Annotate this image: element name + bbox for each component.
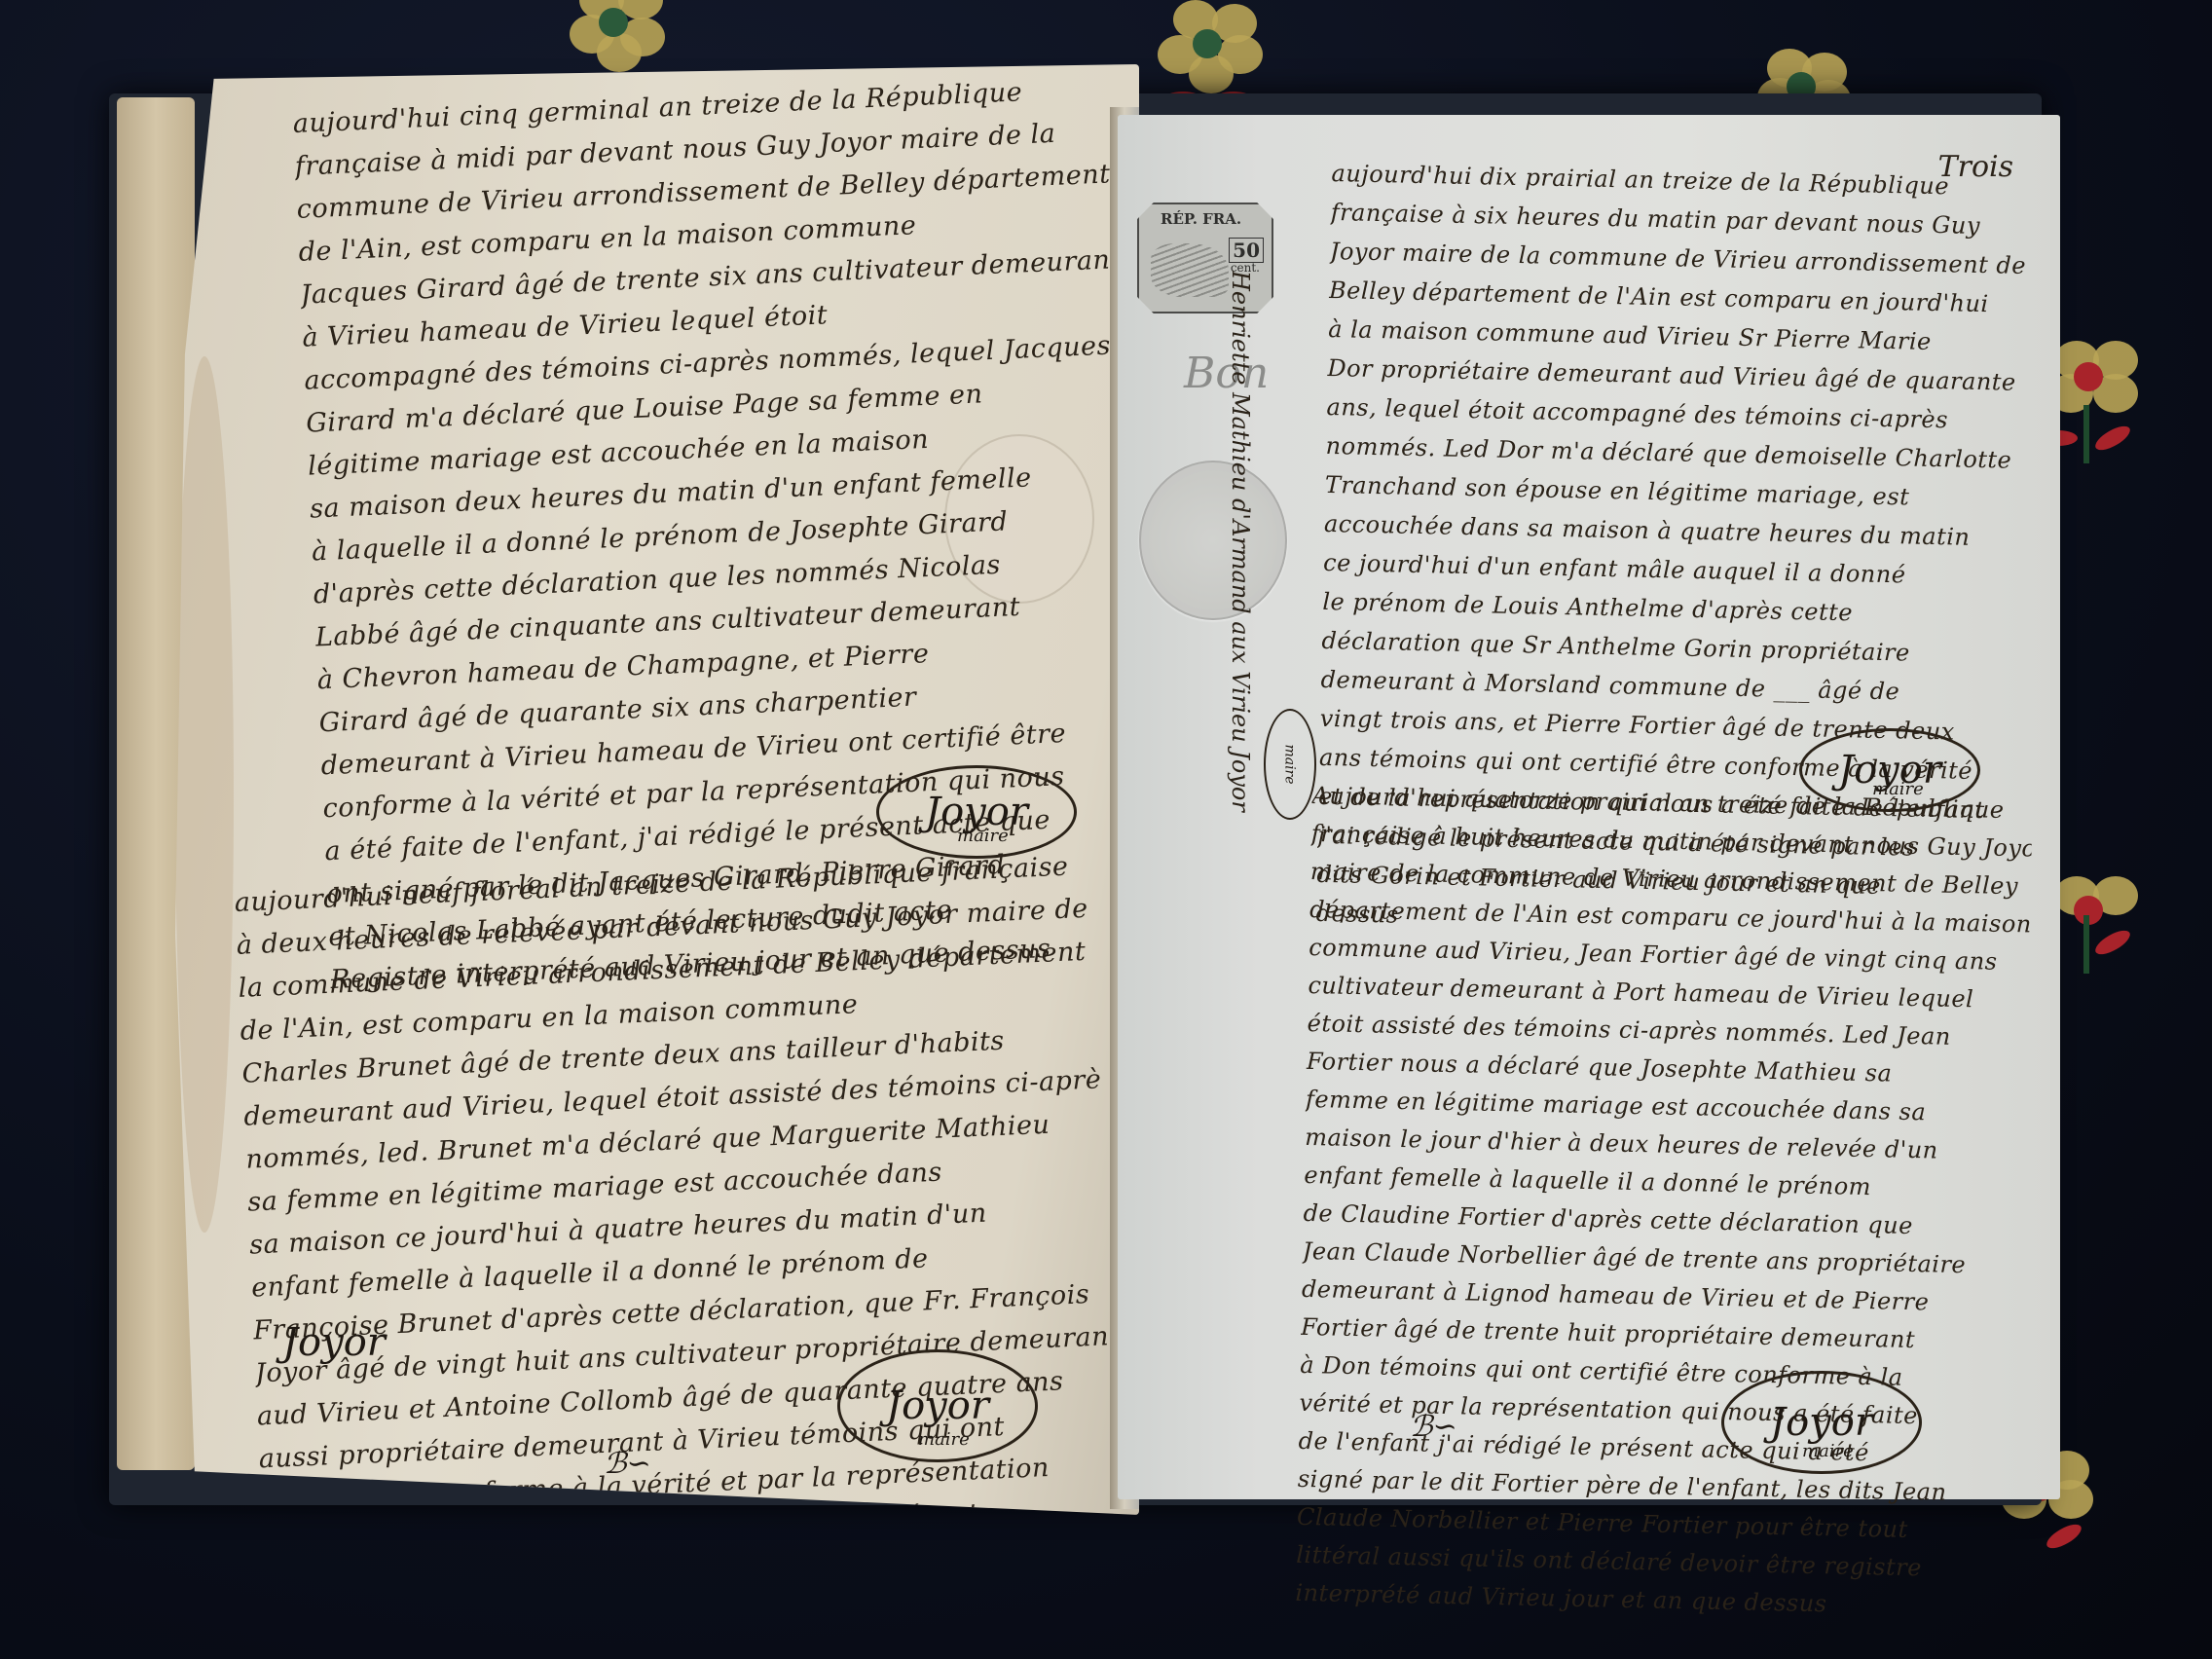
embossed-seal: [1139, 461, 1287, 620]
fabric-flower-decoration: [1154, 0, 1261, 107]
stamp-value: 50: [1229, 238, 1264, 263]
margin-note-text: Henriette Mathieu d'Armand aux Virieu Jo…: [1227, 271, 1254, 812]
fabric-flower-decoration: [560, 0, 667, 78]
stamp-figure-icon: [1151, 243, 1229, 297]
mayor-signature: Joyor maire: [1721, 1371, 1922, 1474]
foxing-stain: [175, 356, 234, 1233]
birth-entry-2: aujourd'hui neuf floréal an treize de la…: [234, 845, 1124, 1653]
paraph-mark: ℬ∽: [604, 1447, 651, 1481]
signature-role: maire: [918, 1429, 970, 1450]
right-page: Trois RÉP. FRA. 50 cent. Bon Henriette M…: [1118, 115, 2060, 1499]
witness-signature: Joyor: [282, 1320, 386, 1365]
signature-role: maire: [1802, 1441, 1854, 1461]
birth-entry-4: Aujourd'hui quatorze prairial an treize …: [1295, 777, 2033, 1627]
signature-name: Joyor: [886, 1383, 989, 1428]
entry-line: acte qui a été signé par led. Brunet pèr…: [264, 1530, 1122, 1609]
signature-role: maire: [1282, 744, 1298, 784]
mayor-signature: Joyor maire: [876, 765, 1077, 859]
left-page: aujourd'hui cinq germinal an treize de l…: [175, 64, 1139, 1515]
paraph-mark: ℬ∽: [1410, 1410, 1457, 1444]
entry-line: et par les d. Joyor et Collomb aud Virie…: [266, 1572, 1124, 1652]
signature-role: maire: [957, 826, 1009, 846]
paraph-glyph: ℬ∽: [604, 1447, 651, 1481]
fabric-flower-decoration: [2045, 341, 2152, 448]
paraph-glyph: ℬ∽: [1410, 1410, 1457, 1444]
signature-name: Joyor: [1770, 1400, 1873, 1445]
mayor-signature: Joyor maire: [837, 1349, 1038, 1462]
stamp-title: RÉP. FRA.: [1161, 210, 1241, 228]
margin-note: Henriette Mathieu d'Armand aux Virieu Jo…: [1227, 271, 1254, 812]
signature-name: Joyor: [282, 1320, 386, 1365]
margin-mayor-signature: maire: [1264, 709, 1316, 820]
fabric-flower-decoration: [2045, 876, 2152, 983]
